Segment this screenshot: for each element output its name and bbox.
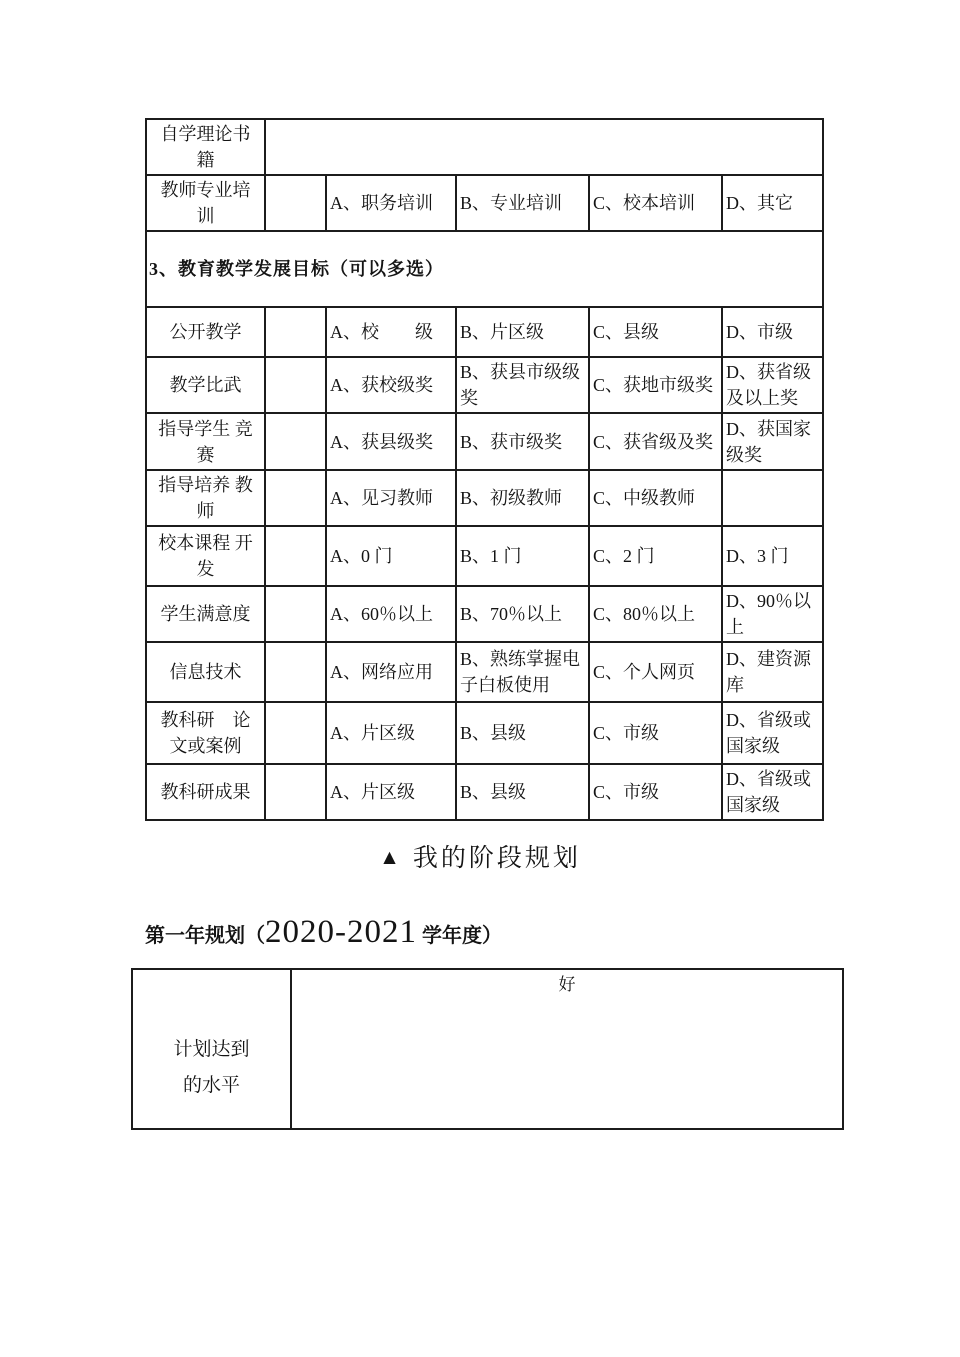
table-row: 教科研 论 文或案例 A、片区级 B、县级 C、市级 D、省级或 国家级 [146, 702, 823, 764]
school-year-range: 2020-2021 [265, 914, 417, 950]
table-row: 信息技术 A、网络应用 B、熟练掌握电 子白板使用 C、个人网页 D、建资源 库 [146, 642, 823, 702]
open-paren: （ [245, 925, 265, 947]
option-cell: B、县级 [456, 702, 589, 764]
option-cell: B、熟练掌握电 子白板使用 [456, 642, 589, 702]
answer-cell [265, 702, 326, 764]
option-cell: A、获县级奖 [326, 413, 456, 470]
option-cell: C、校本培训 [589, 175, 722, 231]
option-cell: B、获市级奖 [456, 413, 589, 470]
option-cell: B、70％以上 [456, 586, 589, 642]
option-cell: C、县级 [589, 307, 722, 357]
option-cell: A、0 门 [326, 526, 456, 586]
option-cell: D、获省级 及以上奖 [722, 357, 823, 413]
option-cell: A、职务培训 [326, 175, 456, 231]
answer-cell [265, 357, 326, 413]
table-row: 校本课程 开 发 A、0 门 B、1 门 C、2 门 D、3 门 [146, 526, 823, 586]
option-cell: C、中级教师 [589, 470, 722, 526]
development-goals-table: 自学理论书 籍 教师专业培 训 A、职务培训 B、专业培训 C、校本培训 D、其… [145, 118, 824, 821]
option-cell: A、片区级 [326, 764, 456, 820]
option-cell: D、省级或 国家级 [722, 764, 823, 820]
table-row: 教学比武 A、获校级奖 B、获县市级级 奖 C、获地市级奖 D、获省级 及以上奖 [146, 357, 823, 413]
option-cell: D、90％以 上 [722, 586, 823, 642]
triangle-icon: ▲ [379, 845, 400, 869]
answer-cell [265, 586, 326, 642]
document-page: 自学理论书 籍 教师专业培 训 A、职务培训 B、专业培训 C、校本培训 D、其… [0, 0, 960, 1357]
table-row: 学生满意度 A、60％以上 B、70％以上 C、80％以上 D、90％以 上 [146, 586, 823, 642]
plan-level-content: 好 [291, 969, 843, 1129]
answer-cell [265, 307, 326, 357]
option-cell: C、市级 [589, 702, 722, 764]
option-cell: D、获国家 级奖 [722, 413, 823, 470]
option-cell: A、获校级奖 [326, 357, 456, 413]
plan-level-label: 计划达到 的水平 [132, 969, 291, 1129]
option-cell: C、个人网页 [589, 642, 722, 702]
option-cell: C、市级 [589, 764, 722, 820]
option-cell: B、1 门 [456, 526, 589, 586]
option-cell: C、2 门 [589, 526, 722, 586]
option-cell [722, 470, 823, 526]
row-label: 教师专业培 训 [146, 175, 265, 231]
option-cell: D、省级或 国家级 [722, 702, 823, 764]
option-cell: A、网络应用 [326, 642, 456, 702]
plan-level-table: 计划达到 的水平 好 [131, 968, 844, 1130]
option-cell: B、获县市级级 奖 [456, 357, 589, 413]
answer-cell [265, 526, 326, 586]
option-cell: C、获省级及奖 [589, 413, 722, 470]
option-cell: A、片区级 [326, 702, 456, 764]
option-cell: A、60％以上 [326, 586, 456, 642]
row-label: 公开教学 [146, 307, 265, 357]
section-heading-row: 3、教育教学发展目标（可以多选） [146, 231, 823, 307]
table-row: 自学理论书 籍 [146, 119, 823, 175]
option-cell: B、片区级 [456, 307, 589, 357]
answer-cell [265, 413, 326, 470]
option-cell: C、80％以上 [589, 586, 722, 642]
table-row: 公开教学 A、校 级 B、片区级 C、县级 D、市级 [146, 307, 823, 357]
row-label: 自学理论书 籍 [146, 119, 265, 175]
option-cell: D、3 门 [722, 526, 823, 586]
answer-cell-merged [265, 119, 823, 175]
option-cell: C、获地市级奖 [589, 357, 722, 413]
first-year-plan-label: 第一年规划 [145, 925, 245, 947]
table-row: 指导学生 竞 赛 A、获县级奖 B、获市级奖 C、获省级及奖 D、获国家 级奖 [146, 413, 823, 470]
option-cell: A、校 级 [326, 307, 456, 357]
option-cell: A、见习教师 [326, 470, 456, 526]
option-cell: D、建资源 库 [722, 642, 823, 702]
section-heading: 3、教育教学发展目标（可以多选） [146, 231, 823, 307]
answer-cell [265, 764, 326, 820]
option-cell: D、其它 [722, 175, 823, 231]
stage-plan-title: ▲我的阶段规划 [0, 840, 960, 876]
option-cell: B、初级教师 [456, 470, 589, 526]
row-label: 教科研成果 [146, 764, 265, 820]
school-year-suffix: 学年度） [417, 925, 502, 947]
first-year-plan-heading: 第一年规划（2020-2021 学年度） [145, 908, 502, 956]
option-cell: B、县级 [456, 764, 589, 820]
row-label: 教学比武 [146, 357, 265, 413]
option-cell: D、市级 [722, 307, 823, 357]
table-row: 教师专业培 训 A、职务培训 B、专业培训 C、校本培训 D、其它 [146, 175, 823, 231]
row-label: 指导学生 竞 赛 [146, 413, 265, 470]
row-label: 学生满意度 [146, 586, 265, 642]
table-row: 指导培养 教 师 A、见习教师 B、初级教师 C、中级教师 [146, 470, 823, 526]
answer-cell [265, 642, 326, 702]
row-label: 教科研 论 文或案例 [146, 702, 265, 764]
answer-cell [265, 175, 326, 231]
row-label: 校本课程 开 发 [146, 526, 265, 586]
row-label: 信息技术 [146, 642, 265, 702]
table-row: 教科研成果 A、片区级 B、县级 C、市级 D、省级或 国家级 [146, 764, 823, 820]
row-label: 指导培养 教 师 [146, 470, 265, 526]
option-cell: B、专业培训 [456, 175, 589, 231]
answer-cell [265, 470, 326, 526]
stage-plan-title-text: 我的阶段规划 [413, 845, 581, 872]
table-row: 计划达到 的水平 好 [132, 969, 843, 1129]
